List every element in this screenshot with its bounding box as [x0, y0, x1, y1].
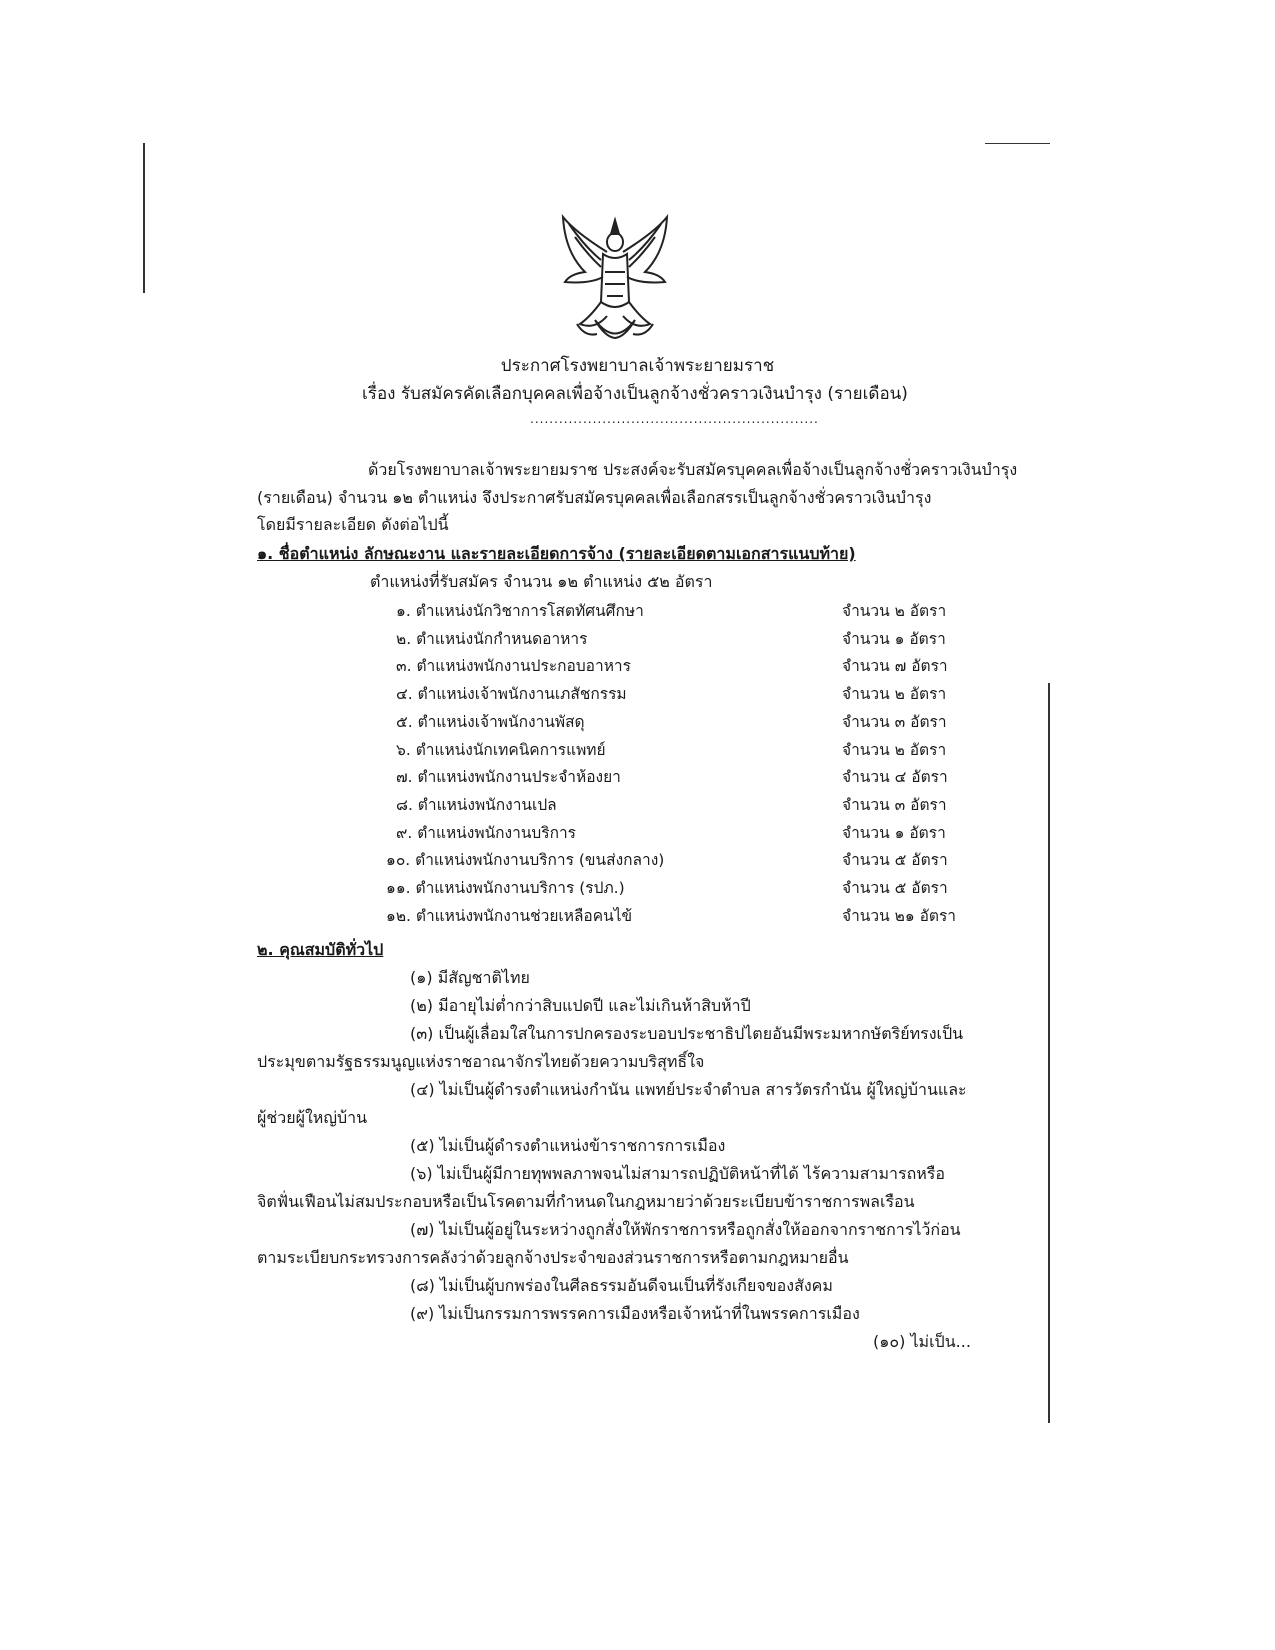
position-item-quantity: จำนวน ๕ อัตรา	[842, 875, 948, 900]
page-continuation: (๑๐) ไม่เป็น...	[873, 1330, 971, 1355]
position-item-quantity: จำนวน ๕ อัตรา	[842, 847, 948, 872]
position-item-quantity: จำนวน ๓ อัตรา	[842, 792, 947, 817]
position-item-quantity: จำนวน ๒ อัตรา	[842, 681, 946, 706]
position-item-quantity: จำนวน ๒ อัตรา	[842, 737, 946, 762]
position-item-label: ๑. ตำแหน่งนักวิชาการโสตทัศนศึกษา	[396, 598, 644, 623]
qualification-2: (๒) มีอายุไม่ต่ำกว่าสิบแปดปี และไม่เกินห…	[410, 994, 751, 1019]
position-item-label: ๑๑. ตำแหน่งพนักงานบริการ (รปภ.)	[386, 875, 625, 900]
position-item-label: ๔. ตำแหน่งเจ้าพนักงานเภสัชกรรม	[396, 681, 627, 706]
position-item-quantity: จำนวน ๓ อัตรา	[842, 709, 947, 734]
qualification-7a: (๗) ไม่เป็นผู้อยู่ในระหว่างถูกสั่งให้พัก…	[410, 1218, 961, 1243]
qualification-6a: (๖) ไม่เป็นผู้มีกายทุพพลภาพจนไม่สามารถปฏ…	[410, 1162, 945, 1187]
title-separator: ........................................…	[530, 412, 819, 426]
scan-margin-line-left	[143, 143, 145, 293]
qualification-7b: ตามระเบียบกระทรวงการคลังว่าด้วยลูกจ้างปร…	[257, 1246, 849, 1271]
position-item-label: ๒. ตำแหน่งนักกำหนดอาหาร	[396, 626, 587, 651]
announcement-subject: เรื่อง รับสมัครคัดเลือกบุคคลเพื่อจ้างเป็…	[362, 380, 908, 407]
garuda-emblem-icon	[555, 212, 675, 347]
scan-margin-line-top-right	[985, 143, 1050, 144]
scan-margin-line-right	[1048, 683, 1050, 1423]
position-item-label: ๘. ตำแหน่งพนักงานเปล	[396, 792, 557, 817]
intro-line-2: (รายเดือน) จำนวน ๑๒ ตำแหน่ง จึงประกาศรับ…	[257, 486, 931, 511]
position-item-label: ๓. ตำแหน่งพนักงานประกอบอาหาร	[396, 653, 631, 678]
position-item-label: ๑๐. ตำแหน่งพนักงานบริการ (ขนส่งกลาง)	[386, 847, 664, 872]
position-item-quantity: จำนวน ๗ อัตรา	[842, 653, 948, 678]
position-item-label: ๖. ตำแหน่งนักเทคนิคการแพทย์	[396, 737, 606, 762]
position-item-label: ๙. ตำแหน่งพนักงานบริการ	[396, 820, 576, 845]
section-1-heading: ๑. ชื่อตำแหน่ง ลักษณะงาน และรายละเอียดกา…	[257, 542, 856, 567]
position-item-quantity: จำนวน ๔ อัตรา	[842, 764, 948, 789]
section-2-heading: ๒. คุณสมบัติทั่วไป	[257, 938, 383, 963]
intro-line-3: โดยมีรายละเอียด ดังต่อไปนี้	[257, 513, 449, 538]
qualification-6b: จิตฟั่นเฟือนไม่สมประกอบหรือเป็นโรคตามที่…	[257, 1190, 915, 1215]
position-item-label: ๑๒. ตำแหน่งพนักงานช่วยเหลือคนไข้	[386, 903, 632, 928]
qualification-9: (๙) ไม่เป็นกรรมการพรรคการเมืองหรือเจ้าหน…	[410, 1302, 860, 1327]
position-item-label: ๗. ตำแหน่งพนักงานประจำห้องยา	[396, 764, 621, 789]
position-item-label: ๕. ตำแหน่งเจ้าพนักงานพัสดุ	[396, 709, 585, 734]
qualification-5: (๕) ไม่เป็นผู้ดำรงตำแหน่งข้าราชการการเมื…	[410, 1134, 725, 1159]
qualification-3a: (๓) เป็นผู้เลื่อมใสในการปกครองระบอบประชา…	[410, 1022, 963, 1047]
qualification-4a: (๔) ไม่เป็นผู้ดำรงตำแหน่งกำนัน แพทย์ประจ…	[410, 1078, 967, 1103]
qualification-8: (๘) ไม่เป็นผู้บกพร่องในศีลธรรมอันดีจนเป็…	[410, 1274, 833, 1299]
intro-line-1: ด้วยโรงพยาบาลเจ้าพระยายมราช ประสงค์จะรับ…	[368, 458, 1017, 483]
position-item-quantity: จำนวน ๒ อัตรา	[842, 598, 946, 623]
qualification-4b: ผู้ช่วยผู้ใหญ่บ้าน	[257, 1106, 367, 1131]
position-item-quantity: จำนวน ๒๑ อัตรา	[842, 903, 956, 928]
announcement-title: ประกาศโรงพยาบาลเจ้าพระยายมราช	[0, 352, 1275, 379]
qualification-1: (๑) มีสัญชาติไทย	[410, 966, 530, 991]
position-item-quantity: จำนวน ๑ อัตรา	[842, 626, 946, 651]
qualification-3b: ประมุขตามรัฐธรรมนูญแห่งราชอาณาจักรไทยด้ว…	[257, 1050, 704, 1075]
positions-summary: ตำแหน่งที่รับสมัคร จำนวน ๑๒ ตำแหน่ง ๕๒ อ…	[370, 570, 712, 595]
position-item-quantity: จำนวน ๑ อัตรา	[842, 820, 946, 845]
